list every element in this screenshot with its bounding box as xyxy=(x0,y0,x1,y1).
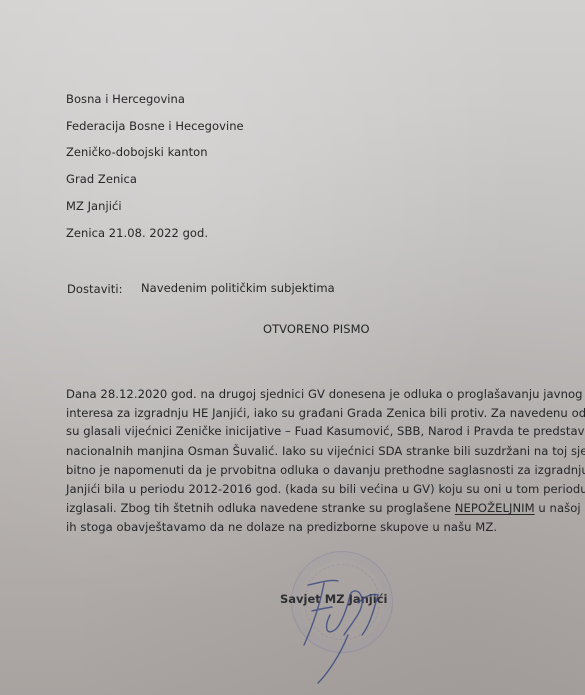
recipient-label: Dostaviti: xyxy=(67,282,123,296)
letter-page: Bosna i Hercegovina Federacija Bosne i H… xyxy=(0,0,585,695)
address-line-canton: Zeničko-dobojski kanton xyxy=(66,145,208,159)
body-line: Dana 28.12.2020 god. na drugoj sjednici … xyxy=(66,387,583,401)
handwritten-signature xyxy=(290,575,400,685)
underlined-emphasis: NEPOŽELJNIM xyxy=(455,501,535,515)
body-line: interesa za izgradnju HE Janjići, iako s… xyxy=(66,406,585,420)
body-line: Janjići bila u periodu 2012-2016 god. (k… xyxy=(66,482,585,496)
address-line-community: MZ Janjići xyxy=(66,199,122,213)
body-line: ih stoga obavještavamo da ne dolaze na p… xyxy=(66,520,497,534)
address-line-country: Bosna i Hercegovina xyxy=(66,92,185,106)
recipient-value: Navedenim političkim subjektima xyxy=(141,281,335,295)
body-line-text: izglasali. Zbog tih štetnih odluka naved… xyxy=(66,501,455,515)
address-line-federation: Federacija Bosne i Hecegovine xyxy=(66,119,244,133)
body-line: izglasali. Zbog tih štetnih odluka naved… xyxy=(66,501,585,515)
letter-title: OTVORENO PISMO xyxy=(263,322,370,336)
body-line: nacionalnih manjina Osman Šuvalić. Iako … xyxy=(66,444,585,458)
body-line: bitno je napomenuti da je prvobitna odlu… xyxy=(66,463,585,477)
address-line-city: Grad Zenica xyxy=(66,172,137,186)
body-line-tail: u našoj MZ te xyxy=(535,501,585,515)
letter-date: Zenica 21.08. 2022 god. xyxy=(66,226,208,240)
body-line: su glasali vijećnici Zeničke inicijative… xyxy=(66,424,585,438)
